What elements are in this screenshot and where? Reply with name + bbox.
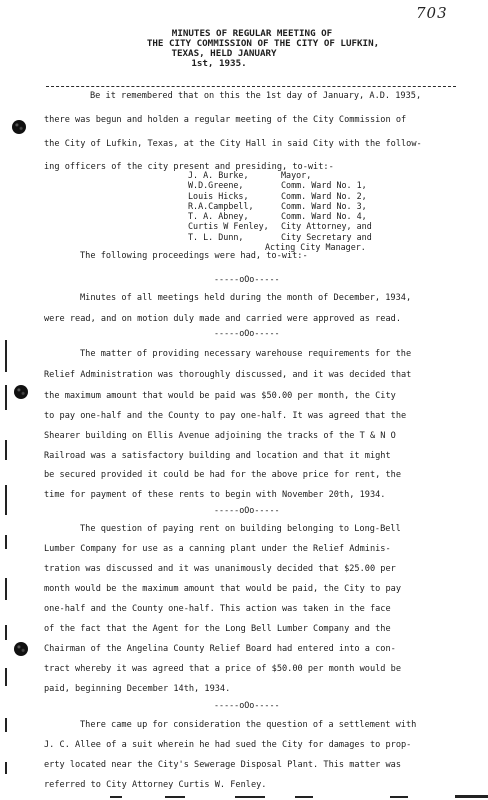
intro-line: there was begun and holden a regular mee…	[44, 115, 406, 125]
bottom-edge-mark	[455, 795, 488, 798]
punch-hole-icon	[14, 385, 28, 399]
punch-hole-icon	[14, 642, 28, 656]
officer-row: Curtis W Fenley,City Attorney, and	[188, 221, 372, 231]
margin-mark	[5, 718, 7, 732]
margin-mark	[5, 535, 7, 549]
bottom-edge-mark	[295, 796, 313, 798]
officer-title: Comm. Ward No. 3,	[281, 201, 367, 211]
minutes-heading: MINUTES OF REGULAR MEETING OF THE CITY C…	[0, 29, 488, 69]
punch-hole-icon	[12, 120, 26, 134]
warehouse-line: Relief Administration was thoroughly dis…	[44, 370, 411, 380]
margin-mark	[5, 668, 7, 686]
longbell-line: month would be the maximum amount that w…	[44, 584, 401, 594]
bottom-edge-mark	[235, 796, 265, 798]
margin-mark	[5, 762, 7, 774]
officers-list: J. A. Burke,Mayor, W.D.Greene,Comm. Ward…	[188, 170, 372, 252]
document-page: 703 MINUTES OF REGULAR MEETING OF THE CI…	[0, 0, 488, 800]
officer-title: City Secretary and	[281, 232, 372, 242]
officer-name: Curtis W Fenley,	[188, 221, 281, 231]
warehouse-line: be secured provided it could be had for …	[44, 470, 401, 480]
officer-title: City Attorney, and	[281, 221, 372, 231]
proceedings-intro: The following proceedings were had, to-w…	[80, 251, 308, 261]
officer-row: R.A.Campbell,Comm. Ward No. 3,	[188, 201, 372, 211]
bottom-edge-mark	[165, 796, 185, 798]
intro-line: the City of Lufkin, Texas, at the City H…	[44, 139, 422, 149]
warehouse-line: time for payment of these rents to begin…	[44, 490, 385, 500]
officer-name: J. A. Burke,	[188, 170, 281, 180]
bottom-edge-mark	[110, 796, 122, 798]
longbell-line: tration was discussed and it was unanimo…	[44, 564, 396, 574]
longbell-line: tract whereby it was agreed that a price…	[44, 664, 401, 674]
longbell-line: The question of paying rent on building …	[80, 524, 401, 534]
warehouse-line: Shearer building on Ellis Avenue adjoini…	[44, 431, 396, 441]
page-number: 703	[416, 4, 448, 22]
warehouse-line: The matter of providing necessary wareho…	[80, 349, 411, 359]
officer-title: Comm. Ward No. 2,	[281, 191, 367, 201]
officer-row: T. L. Dunn,City Secretary and	[188, 232, 372, 242]
officer-name: R.A.Campbell,	[188, 201, 281, 211]
longbell-line: one-half and the County one-half. This a…	[44, 604, 391, 614]
longbell-line: Chairman of the Angelina County Relief B…	[44, 644, 396, 654]
margin-mark	[5, 485, 7, 515]
heading-line: 1st, 1935.	[0, 59, 488, 69]
margin-mark	[5, 578, 7, 600]
margin-mark	[5, 440, 7, 460]
allee-line: erty located near the City's Sewerage Di…	[44, 760, 401, 770]
allee-line: There came up for consideration the ques…	[80, 720, 416, 730]
warehouse-line: the maximum amount that would be paid wa…	[44, 391, 396, 401]
section-separator: -----oOo-----	[214, 328, 280, 338]
allee-line: J. C. Allee of a suit wherein he had sue…	[44, 740, 411, 750]
officer-title: Comm. Ward No. 4,	[281, 211, 367, 221]
officer-row: W.D.Greene,Comm. Ward No. 1,	[188, 180, 372, 190]
officer-title: Comm. Ward No. 1,	[281, 180, 367, 190]
margin-mark	[5, 625, 7, 640]
officer-name: T. L. Dunn,	[188, 232, 281, 242]
margin-mark	[5, 385, 7, 410]
section-separator: -----oOo-----	[214, 700, 280, 710]
longbell-line: of the fact that the Agent for the Long …	[44, 624, 391, 634]
officer-name: Louis Hicks,	[188, 191, 281, 201]
officer-name: T. A. Abney,	[188, 211, 281, 221]
officer-row: J. A. Burke,Mayor,	[188, 170, 372, 180]
longbell-line: Lumber Company for use as a canning plan…	[44, 544, 391, 554]
section-separator: -----oOo-----	[214, 274, 280, 284]
officer-row: T. A. Abney,Comm. Ward No. 4,	[188, 211, 372, 221]
heading-divider	[46, 86, 456, 87]
minutes-line: were read, and on motion duly made and c…	[44, 314, 401, 324]
allee-line: referred to City Attorney Curtis W. Fenl…	[44, 780, 266, 790]
bottom-edge-mark	[390, 796, 408, 798]
warehouse-line: Railroad was a satisfactory building and…	[44, 451, 391, 461]
margin-mark	[5, 340, 7, 372]
officer-title: Mayor,	[281, 170, 311, 180]
intro-line: Be it remembered that on this the 1st da…	[90, 91, 421, 101]
officer-row: Louis Hicks,Comm. Ward No. 2,	[188, 191, 372, 201]
minutes-line: Minutes of all meetings held during the …	[80, 293, 411, 303]
longbell-line: paid, beginning December 14th, 1934.	[44, 684, 230, 694]
officer-name: W.D.Greene,	[188, 180, 281, 190]
section-separator: -----oOo-----	[214, 505, 280, 515]
warehouse-line: to pay one-half and the County to pay on…	[44, 411, 406, 421]
